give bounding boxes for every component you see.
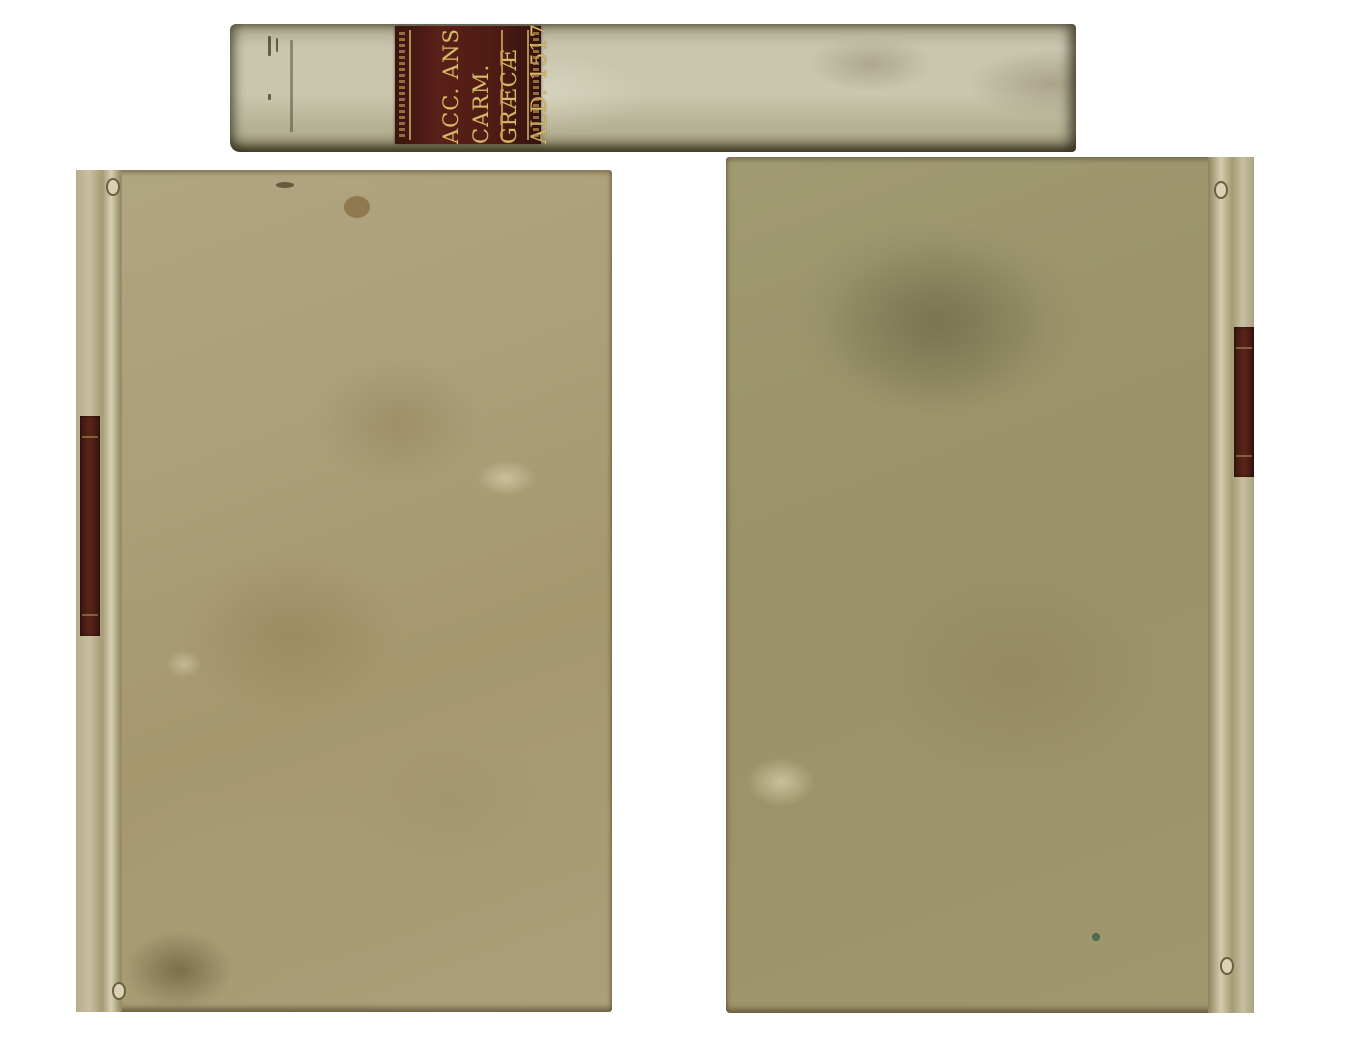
front-tie-hole-bottom: [112, 982, 126, 1000]
label-line-2: CARM.: [467, 26, 495, 144]
label-line-4: ALD. 1517: [525, 26, 553, 144]
label-line-1: ACC. ANS: [437, 26, 465, 144]
label-line-3: GRÆCÆ: [495, 26, 523, 144]
front-spine-label-tab: [80, 416, 100, 636]
green-speck: [1092, 933, 1100, 941]
manuscript-ink-marks: [262, 36, 312, 136]
back-spine-label-tab: [1234, 327, 1254, 477]
pale-abrasion: [746, 757, 816, 807]
pale-spot: [476, 460, 536, 496]
back-tie-hole-top: [1214, 181, 1228, 199]
front-tie-hole-top: [106, 178, 120, 196]
spine-title-label: ACC. ANS CARM. GRÆCÆ ALD. 1517: [395, 26, 541, 144]
front-cover: [76, 170, 612, 1012]
dark-mottling: [786, 217, 1086, 417]
book-spine: ACC. ANS CARM. GRÆCÆ ALD. 1517: [230, 24, 1076, 152]
back-tie-hole-bottom: [1220, 957, 1234, 975]
dark-corner-stain: [124, 930, 234, 1010]
back-spine-joint: [1208, 157, 1254, 1013]
book-photo: ACC. ANS CARM. GRÆCÆ ALD. 1517: [0, 0, 1350, 1050]
back-cover: [726, 157, 1254, 1013]
ink-specks: [276, 182, 294, 188]
top-stain: [344, 196, 370, 218]
pale-spot: [166, 650, 202, 678]
